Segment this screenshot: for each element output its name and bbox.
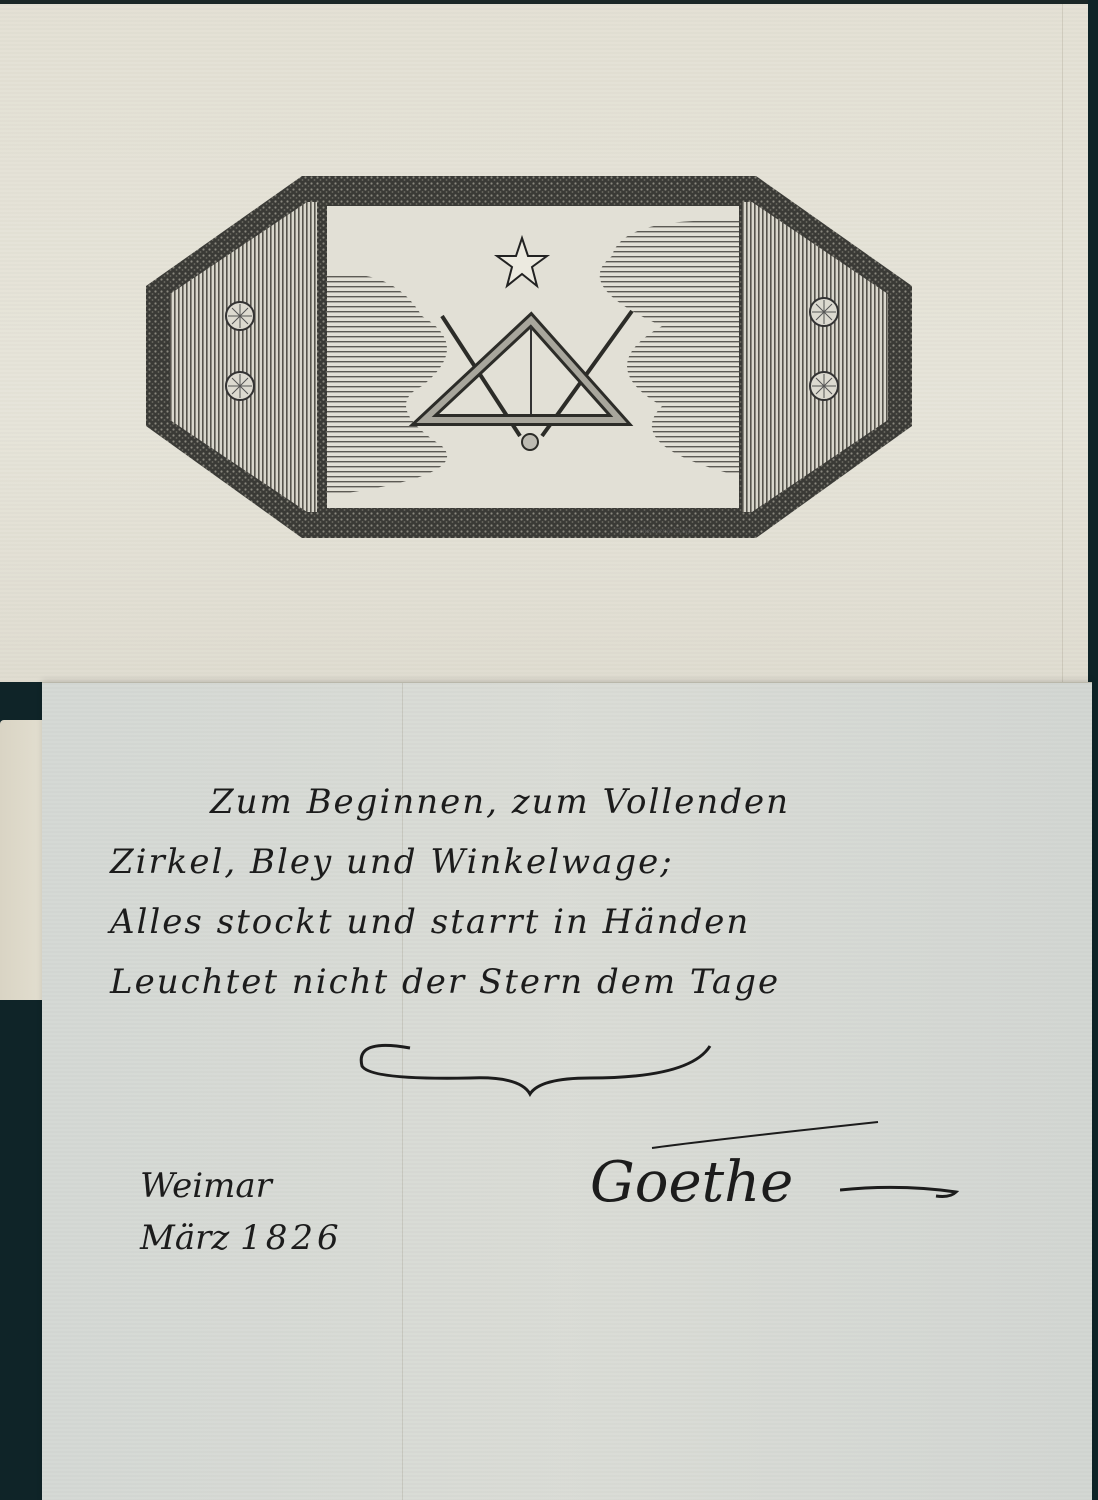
handwritten-verse: Zum Beginnen, zum Vollenden Zirkel, Bley…	[110, 772, 1010, 1012]
engraver-mark: Chr. J. Schermer in Sculps.	[615, 528, 697, 535]
verse-line-3: Alles stockt und starrt in Händen	[110, 892, 1010, 952]
fold-crease	[1062, 0, 1063, 682]
verse-line-4: Leuchtet nicht der Stern dem Tage	[110, 952, 1010, 1012]
apron-left-flap	[170, 202, 317, 512]
flourish-divider-icon	[350, 1038, 720, 1098]
upper-leaf: Chr. J. Schermer in Sculps.	[0, 0, 1088, 682]
verse-line-1: Zum Beginnen, zum Vollenden	[110, 772, 1010, 832]
signature: Goethe	[590, 1150, 793, 1215]
verse-line-2: Zirkel, Bley und Winkelwage;	[110, 832, 1010, 892]
masonic-apron-engraving	[142, 176, 916, 538]
place: Weimar	[140, 1160, 343, 1212]
signature-tail-icon	[840, 1176, 960, 1206]
date-month: März	[140, 1218, 229, 1258]
date-year: 1826	[240, 1218, 343, 1258]
place-and-date: Weimar März 1826	[140, 1160, 343, 1264]
apron-right-flap	[742, 202, 888, 512]
